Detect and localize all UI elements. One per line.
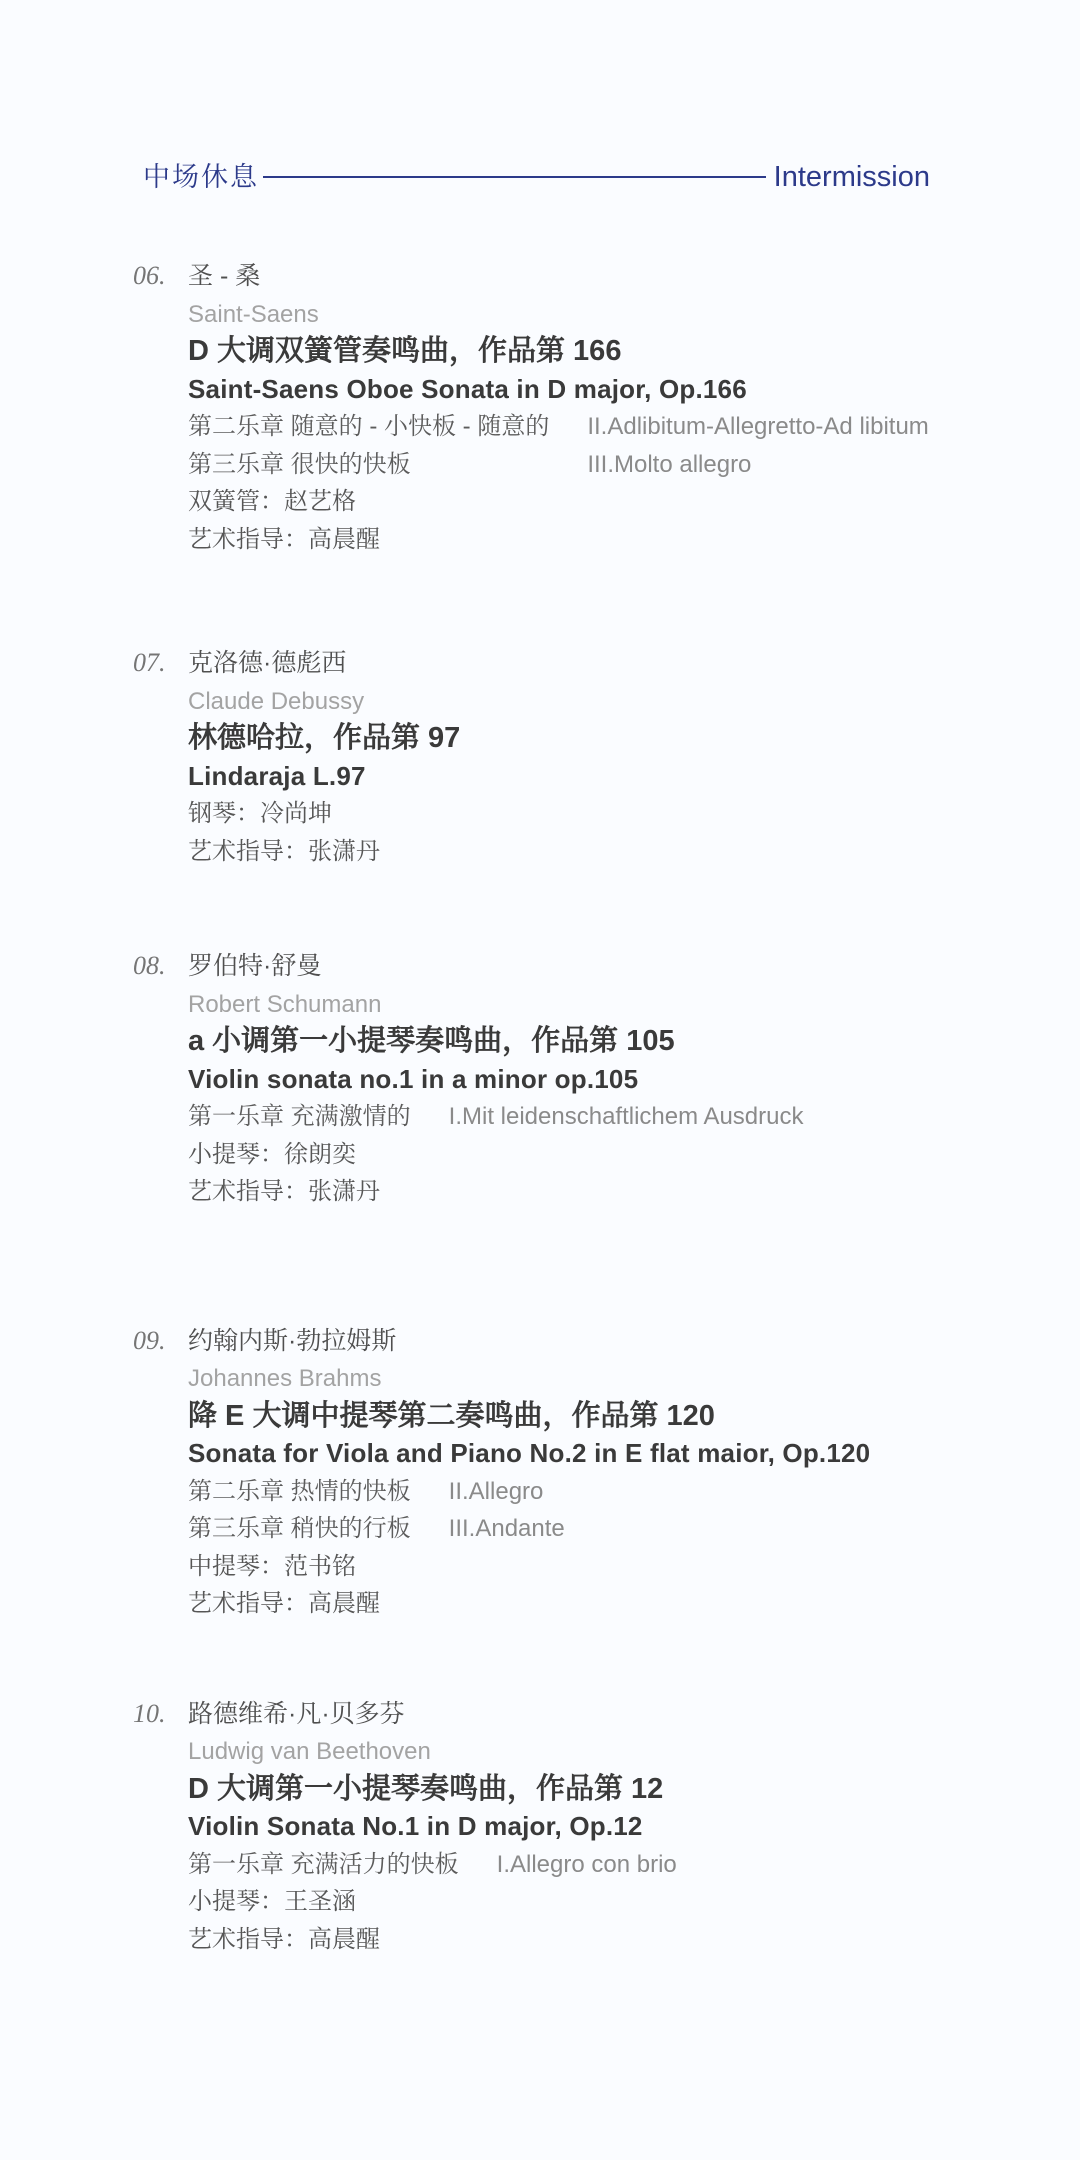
movement-en: III.Andante: [449, 1510, 565, 1548]
piece-title-cn: 降 E 大调中提琴第二奏鸣曲，作品第 120: [188, 1398, 930, 1436]
composer-name-en: Johannes Brahms: [188, 1360, 930, 1398]
performers: 双簧管：赵艺格艺术指导：高晨醒: [188, 483, 930, 558]
composer-name-cn: 圣 - 桑: [188, 258, 930, 296]
piece-title-cn: D 大调双簧管奏鸣曲，作品第 166: [188, 333, 930, 371]
performer-line: 中提琴：范书铭: [188, 1548, 930, 1586]
intermission-header: 中场休息 Intermission: [143, 158, 930, 196]
section-number: 08.: [133, 951, 166, 981]
program-section: 09. 约翰内斯·勃拉姆斯 Johannes Brahms 降 E 大调中提琴第…: [133, 1323, 930, 1623]
piece-title-en: Violin Sonata No.1 in D major, Op.12: [188, 1808, 930, 1846]
program-list: 06. 圣 - 桑 Saint-Saens D 大调双簧管奏鸣曲，作品第 166…: [133, 258, 930, 1958]
composer-name-en: Robert Schumann: [188, 986, 930, 1024]
performer-line: 艺术指导：高晨醒: [188, 1921, 930, 1959]
movement-en: III.Molto allegro: [587, 446, 928, 484]
composer-name-en: Saint-Saens: [188, 296, 930, 334]
movements: 第一乐章 充满活力的快板I.Allegro con brio: [188, 1846, 930, 1884]
movement-en: I.Allegro con brio: [497, 1846, 677, 1884]
header-divider-line: [263, 176, 766, 178]
movement-en: II.Adlibitum-Allegretto-Ad libitum: [587, 408, 928, 446]
performer-line: 钢琴：冷尚坤: [188, 795, 930, 833]
section-number: 06.: [133, 261, 166, 291]
performers: 钢琴：冷尚坤艺术指导：张潇丹: [188, 795, 930, 870]
performer-line: 艺术指导：张潇丹: [188, 1173, 930, 1211]
movement-cn: 第二乐章 热情的快板: [188, 1473, 411, 1511]
performers: 中提琴：范书铭艺术指导：高晨醒: [188, 1548, 930, 1623]
intermission-title-en: Intermission: [774, 158, 930, 196]
performer-line: 艺术指导：张潇丹: [188, 833, 930, 871]
piece-title-cn: 林德哈拉，作品第 97: [188, 720, 930, 758]
section-number: 07.: [133, 648, 166, 678]
movements: 第二乐章 热情的快板II.Allegro第三乐章 稍快的行板III.Andant…: [188, 1473, 930, 1548]
piece-title-cn: D 大调第一小提琴奏鸣曲，作品第 12: [188, 1771, 930, 1809]
performer-line: 双簧管：赵艺格: [188, 483, 930, 521]
program-section: 08. 罗伯特·舒曼 Robert Schumann a 小调第一小提琴奏鸣曲，…: [133, 948, 930, 1211]
program-page: 中场休息 Intermission 06. 圣 - 桑 Saint-Saens …: [0, 0, 1080, 2160]
section-number: 10.: [133, 1699, 166, 1729]
movements: 第二乐章 随意的 - 小快板 - 随意的II.Adlibitum-Allegre…: [188, 408, 930, 483]
program-section: 10. 路德维希·凡·贝多芬 Ludwig van Beethoven D 大调…: [133, 1696, 930, 1959]
movement-en: I.Mit leidenschaftlichem Ausdruck: [449, 1098, 804, 1136]
composer-name-cn: 路德维希·凡·贝多芬: [188, 1696, 930, 1734]
performer-line: 小提琴：徐朗奕: [188, 1136, 930, 1174]
movement-cn: 第三乐章 很快的快板: [188, 446, 549, 484]
composer-name-en: Claude Debussy: [188, 683, 930, 721]
program-section: 07. 克洛德·德彪西 Claude Debussy 林德哈拉，作品第 97 L…: [133, 645, 930, 870]
performers: 小提琴：徐朗奕艺术指导：张潇丹: [188, 1136, 930, 1211]
movement-en: II.Allegro: [449, 1473, 565, 1511]
program-section: 06. 圣 - 桑 Saint-Saens D 大调双簧管奏鸣曲，作品第 166…: [133, 258, 930, 558]
performer-line: 艺术指导：高晨醒: [188, 521, 930, 559]
performers: 小提琴：王圣涵艺术指导：高晨醒: [188, 1883, 930, 1958]
movement-cn: 第三乐章 稍快的行板: [188, 1510, 411, 1548]
movements: 第一乐章 充满激情的I.Mit leidenschaftlichem Ausdr…: [188, 1098, 930, 1136]
piece-title-cn: a 小调第一小提琴奏鸣曲，作品第 105: [188, 1023, 930, 1061]
composer-name-cn: 克洛德·德彪西: [188, 645, 930, 683]
composer-name-cn: 罗伯特·舒曼: [188, 948, 930, 986]
section-number: 09.: [133, 1326, 166, 1356]
movement-cn: 第一乐章 充满活力的快板: [188, 1846, 459, 1884]
piece-title-en: Violin sonata no.1 in a minor op.105: [188, 1061, 930, 1099]
piece-title-en: Lindaraja L.97: [188, 758, 930, 796]
piece-title-en: Sonata for Viola and Piano No.2 in E fla…: [188, 1435, 930, 1473]
movement-cn: 第二乐章 随意的 - 小快板 - 随意的: [188, 408, 549, 446]
movement-cn: 第一乐章 充满激情的: [188, 1098, 411, 1136]
piece-title-en: Saint-Saens Oboe Sonata in D major, Op.1…: [188, 371, 930, 409]
performer-line: 艺术指导：高晨醒: [188, 1585, 930, 1623]
intermission-title-cn: 中场休息: [143, 158, 259, 196]
performer-line: 小提琴：王圣涵: [188, 1883, 930, 1921]
composer-name-cn: 约翰内斯·勃拉姆斯: [188, 1323, 930, 1361]
composer-name-en: Ludwig van Beethoven: [188, 1733, 930, 1771]
